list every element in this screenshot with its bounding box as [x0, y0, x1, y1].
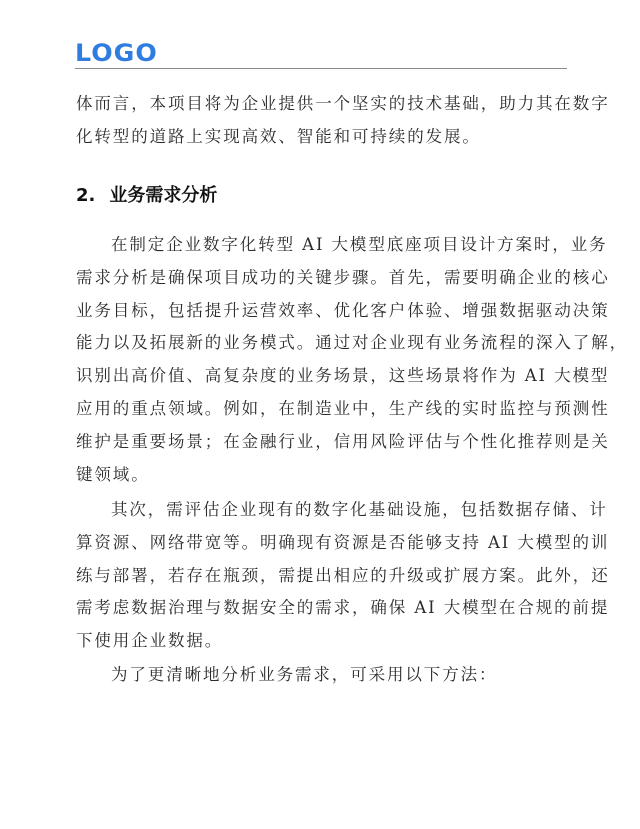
text-line: 算资源、网络带宽等。明确现有资源是否能够支持 AI 大模型的训: [76, 527, 566, 560]
text-line: 业务目标，包括提升运营效率、优化客户体验、增强数据驱动决策: [76, 295, 566, 328]
paragraph-methods-intro: 为了更清晰地分析业务需求，可采用以下方法：: [76, 659, 566, 692]
text-line: 练与部署，若存在瓶颈，需提出相应的升级或扩展方案。此外，还: [76, 560, 566, 593]
text-line: 需求分析是确保项目成功的关键步骤。首先，需要明确企业的核心: [76, 262, 566, 295]
logo: LOGO: [75, 41, 158, 65]
text-line: 维护是重要场景；在金融行业，信用风险评估与个性化推荐则是关: [76, 426, 566, 459]
paragraph-business-goals: 在制定企业数字化转型 AI 大模型底座项目设计方案时，业务 需求分析是确保项目成…: [76, 229, 566, 491]
intro-paragraph: 体而言，本项目将为企业提供一个坚实的技术基础，助力其在数字 化转型的道路上实现高…: [76, 88, 566, 154]
text-line: 键领域。: [76, 459, 566, 492]
text-line: 为了更清晰地分析业务需求，可采用以下方法：: [76, 659, 566, 692]
section-heading: 2.业务需求分析: [76, 182, 217, 210]
text-line: 应用的重点领域。例如，在制造业中，生产线的实时监控与预测性: [76, 393, 566, 426]
page-header: LOGO: [75, 38, 567, 70]
text-line: 下使用企业数据。: [76, 625, 566, 658]
paragraph-infrastructure: 其次，需评估企业现有的数字化基础设施，包括数据存储、计 算资源、网络带宽等。明确…: [76, 494, 566, 658]
text-line: 体而言，本项目将为企业提供一个坚实的技术基础，助力其在数字: [76, 88, 566, 121]
text-line: 需考虑数据治理与数据安全的需求，确保 AI 大模型在合规的前提: [76, 592, 566, 625]
text-line: 其次，需评估企业现有的数字化基础设施，包括数据存储、计: [76, 494, 566, 527]
section-title: 业务需求分析: [109, 185, 217, 206]
section-number: 2.: [76, 185, 95, 206]
text-line: 在制定企业数字化转型 AI 大模型底座项目设计方案时，业务: [76, 229, 566, 262]
text-line: 能力以及拓展新的业务模式。通过对企业现有业务流程的深入了解，: [76, 327, 566, 360]
header-divider: [75, 68, 567, 69]
text-line: 识别出高价值、高复杂度的业务场景，这些场景将作为 AI 大模型: [76, 360, 566, 393]
text-line: 化转型的道路上实现高效、智能和可持续的发展。: [76, 121, 566, 154]
